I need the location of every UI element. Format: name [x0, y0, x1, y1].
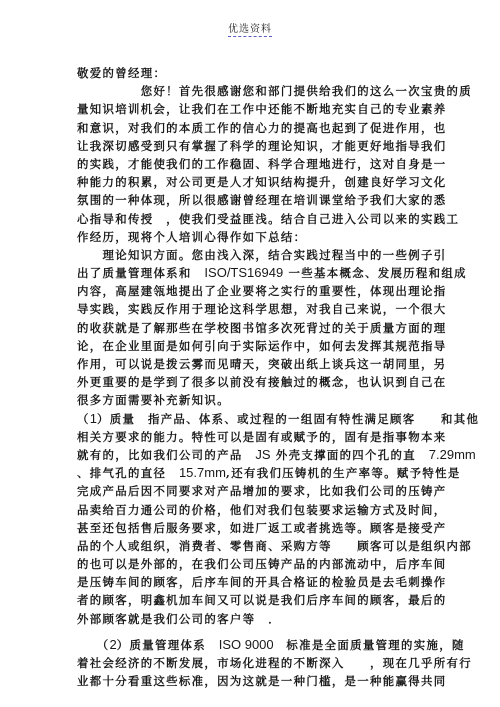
text-line: 的收获就是了解那些在学校图书馆多次死背过的关于质量方面的理 — [77, 319, 427, 337]
text-line: 完成产品后因不同要求对产品增加的要求，比如我们公司的压铸产 — [77, 482, 427, 500]
text-line: 业都十分看重这些标准，因为这就是一种门槛，是一种能赢得共同 — [77, 672, 427, 690]
latin-text: ISO 9000 — [219, 637, 274, 652]
text-line: 内容，高屋建瓴地提出了企业要将之实行的重要性，体现出理论指 — [77, 282, 427, 300]
text-segment: ）质量 指产品、体系、或过程的一组固有特性满足顾客 和其他 — [97, 412, 479, 426]
text-line: 氛围的一种体现，所以很感谢曾经理在培训课堂给予我们大家的悉 — [77, 191, 427, 209]
text-segment: 让我深切感受到只有掌握了科学的理论知识，才能更好地指导我们 — [77, 139, 446, 153]
text-line: 甚至还包括售后服务要求，如进厂返工或者挑选等。顾客是接受产 — [77, 519, 427, 537]
text-segment: 着社会经济的不断发展，市场化进程的不断深入 ，现在几乎所有行 — [77, 656, 472, 670]
text-segment: 论，在企业里面是如何引向于实际运作中，如何去发挥其规范指导 — [77, 339, 446, 353]
text-segment: 作经历，现将个人培训心得作如下总结： — [77, 230, 306, 244]
text-line: 着社会经济的不断发展，市场化进程的不断深入 ，现在几乎所有行 — [77, 654, 427, 672]
text-segment: 您好！首先很感谢您和部门提供给我们的这么一次宝贵的质 — [77, 84, 472, 98]
latin-text: 7.29mm — [429, 447, 476, 462]
text-line: 是压铸车间的顾客，后序车间的开具合格证的检验员是去毛刺操作 — [77, 573, 427, 591]
text-line: 的实践，才能使我们的工作稳固、科学合理地进行，这对自身是一 — [77, 155, 427, 173]
text-segment: 的实践，才能使我们的工作稳固、科学合理地进行，这对自身是一 — [77, 157, 446, 171]
text-line: 品卖给百力通公司的价格，他们对我们包装要求运输方式及时间， — [77, 501, 427, 519]
text-line: 者的顾客，明鑫机加车间又可以说是我们后序车间的顾客，最后的 — [77, 591, 427, 609]
text-line: 相关方要求的能力。特性可以是固有或赋予的，固有是指事物本来 — [77, 428, 427, 446]
text-line: 就有的，比如我们公司的产品 JS 外壳支撑面的四个孔的直 7.29mm — [77, 446, 427, 464]
text-segment: 品卖给百力通公司的价格，他们对我们包装要求运输方式及时间， — [77, 503, 446, 517]
text-line: 出了质量管理体系和 ISO/TS16949 一些基本概念、发展历程和组成 — [77, 264, 427, 282]
text-line: （2）质量管理体系 ISO 9000 标准是全面质量管理的实施，随 — [77, 636, 427, 654]
latin-text: 2 — [110, 637, 117, 652]
text-segment: 外更重要的是学到了很多以前没有接触过的概念，也认识到自己在 — [77, 375, 446, 389]
text-segment: 内容，高屋建瓴地提出了企业要将之实行的重要性，体现出理论指 — [77, 284, 446, 298]
text-line: 量知识培训机会，让我们在工作中还能不断地充实自己的专业素养 — [77, 100, 427, 118]
text-segment: 的收获就是了解那些在学校图书馆多次死背过的关于质量方面的理 — [77, 321, 446, 335]
header-title: 优选资料 — [228, 24, 272, 37]
text-segment: 种能力的积累，对公司更是人才知识结构提升，创建良好学习文化 — [77, 175, 446, 189]
text-segment: 完成产品后因不同要求对产品增加的要求，比如我们公司的压铸产 — [77, 484, 446, 498]
text-segment: 量知识培训机会，让我们在工作中还能不断地充实自己的专业素养 — [77, 102, 446, 116]
text-segment: 的也可以是外部的，在我们公司压铸产品的内部流动中，后序车间 — [77, 557, 446, 571]
text-segment: 业都十分看重这些标准，因为这就是一种门槛，是一种能赢得共同 — [77, 674, 446, 688]
text-line: 让我深切感受到只有掌握了科学的理论知识，才能更好地指导我们 — [77, 137, 427, 155]
text-segment: 氛围的一种体现，所以很感谢曾经理在培训课堂给予我们大家的悉 — [77, 193, 446, 207]
text-line: 作用，可以说是拨云雾而见晴天，突破出纸上谈兵这一胡同里，另 — [77, 355, 427, 373]
text-line: 理论知识方面。您由浅入深，结合实践过程当中的一些例子引 — [77, 246, 427, 264]
text-segment: 很多方面需要补充新知识。 — [77, 393, 230, 407]
text-segment: 外壳支撑面的四个孔的直 — [271, 448, 429, 462]
text-line: 很多方面需要补充新知识。 — [77, 391, 427, 409]
text-line: 品的个人或组织，消费者、零售商、采购方等 顾客可以是组织内部 — [77, 537, 427, 555]
text-segment: 就有的，比如我们公司的产品 — [77, 448, 255, 462]
latin-text: JS — [255, 447, 270, 462]
text-line: 的也可以是外部的，在我们公司压铸产品的内部流动中，后序车间 — [77, 555, 427, 573]
text-segment: 、排气孔的直径 — [77, 466, 179, 480]
paragraph-block-1: 您好！首先很感谢您和部门提供给我们的这么一次宝贵的质量知识培训机会，让我们在工作… — [77, 82, 427, 628]
text-line: 心指导和传授 ，使我们受益匪浅。结合自己进入公司以来的实践工 — [77, 210, 427, 228]
text-segment: 出了质量管理体系和 — [77, 266, 204, 280]
text-segment: （ — [77, 412, 90, 426]
text-segment: 心指导和传授 ，使我们受益匪浅。结合自己进入公司以来的实践工 — [77, 212, 459, 226]
paragraph-block-2: （2）质量管理体系 ISO 9000 标准是全面质量管理的实施，随着社会经济的不… — [77, 636, 427, 691]
text-segment: 作用，可以说是拨云雾而见晴天，突破出纸上谈兵这一胡同里，另 — [77, 357, 446, 371]
text-segment: 者的顾客，明鑫机加车间又可以说是我们后序车间的顾客，最后的 — [77, 593, 446, 607]
latin-text: 1 — [90, 411, 97, 426]
paragraph-gap — [77, 628, 427, 636]
text-segment: 相关方要求的能力。特性可以是固有或赋予的，固有是指事物本来 — [77, 430, 446, 444]
salutation: 敬爱的曾经理： — [77, 64, 427, 82]
text-segment: 是压铸车间的顾客，后序车间的开具合格证的检验员是去毛刺操作 — [77, 575, 446, 589]
text-segment: 一些基本概念、发展历程和组成 — [283, 266, 467, 280]
text-line: 种能力的积累，对公司更是人才知识结构提升，创建良好学习文化 — [77, 173, 427, 191]
text-segment: ,还有我们压铸机的生产率等。赋予特性是 — [226, 466, 461, 480]
text-segment: 导实践，实践反作用于理论这科学思想，对我自己来说，一个很大 — [77, 302, 446, 316]
text-line: （1）质量 指产品、体系、或过程的一组固有特性满足顾客 和其他 — [77, 410, 427, 428]
text-segment: 品的个人或组织，消费者、零售商、采购方等 顾客可以是组织内部 — [77, 539, 472, 553]
text-line: 论，在企业里面是如何引向于实际运作中，如何去发挥其规范指导 — [77, 337, 427, 355]
text-segment: 理论知识方面。您由浅入深，结合实践过程当中的一些例子引 — [77, 248, 446, 262]
text-segment: （ — [77, 638, 110, 652]
text-line: 外部顾客就是我们公司的客户等 ． — [77, 610, 427, 628]
text-segment: ）质量管理体系 — [117, 638, 219, 652]
text-segment: 和意识，对我们的本质工作的信心力的提高也起到了促进作用，也 — [77, 121, 446, 135]
page-header: 优选资料 — [0, 20, 500, 35]
text-line: 导实践，实践反作用于理论这科学思想，对我自己来说，一个很大 — [77, 300, 427, 318]
text-segment: 甚至还包括售后服务要求，如进厂返工或者挑选等。顾客是接受产 — [77, 521, 446, 535]
latin-text: 15.7mm — [179, 465, 226, 480]
text-line: 外更重要的是学到了很多以前没有接触过的概念，也认识到自己在 — [77, 373, 427, 391]
text-segment: 标准是全面质量管理的实施，随 — [274, 638, 465, 652]
latin-text: ISO/TS16949 — [204, 265, 283, 280]
text-line: 您好！首先很感谢您和部门提供给我们的这么一次宝贵的质 — [77, 82, 427, 100]
text-line: 作经历，现将个人培训心得作如下总结： — [77, 228, 427, 246]
text-segment: 外部顾客就是我们公司的客户等 ． — [77, 612, 281, 626]
document-body: 敬爱的曾经理： 您好！首先很感谢您和部门提供给我们的这么一次宝贵的质量知识培训机… — [77, 64, 427, 690]
text-line: 和意识，对我们的本质工作的信心力的提高也起到了促进作用，也 — [77, 119, 427, 137]
text-line: 、排气孔的直径 15.7mm,还有我们压铸机的生产率等。赋予特性是 — [77, 464, 427, 482]
